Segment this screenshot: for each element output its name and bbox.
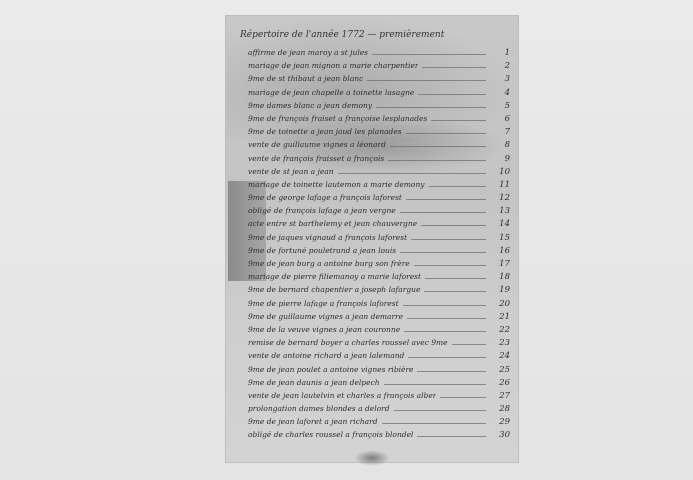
register-entry: 9me de jean poulet a antoine vignes ribi…: [248, 365, 510, 378]
entry-text: mariage de pierre filiemanoy a marie laf…: [248, 272, 421, 281]
manuscript-page: Répertoire de l'année 1772 — premièremen…: [226, 16, 518, 462]
register-entry: 9me dames blanc a jean demony5: [248, 101, 510, 114]
register-entry: vente de guillaume vignes a léonard8: [248, 140, 510, 153]
entry-text: 9me de guillaume vignes a jean demarre: [248, 312, 403, 321]
entry-text: mariage de jean chapelle a toinette lasa…: [248, 88, 414, 97]
entry-number: 15: [490, 233, 510, 243]
register-entry: 9me de bernard chapentier a joseph lafar…: [248, 285, 510, 298]
entry-number: 12: [490, 193, 510, 203]
entry-text: 9me dames blanc a jean demony: [248, 101, 372, 110]
entry-number: 30: [490, 430, 510, 440]
register-entry: mariage de jean mignon a marie charpenti…: [248, 61, 510, 74]
leader-line: [421, 225, 486, 226]
entry-number: 11: [490, 180, 510, 190]
entry-text: obligé de charles roussel a françois blo…: [248, 430, 413, 439]
leader-line: [376, 107, 486, 108]
entry-text: 9me de fortuné pouletrand a jean louis: [248, 246, 396, 255]
entry-number: 21: [490, 312, 510, 322]
register-entry: 9me de st thibaut a jean blanc3: [248, 74, 510, 87]
entry-text: 9me de toinette a jean jaud les planades: [248, 127, 402, 136]
leader-line: [403, 305, 486, 306]
register-entry: vente de st jean a jean10: [248, 167, 510, 180]
entry-number: 7: [490, 127, 510, 137]
register-entry: obligé de charles roussel a françois blo…: [248, 430, 510, 443]
entry-number: 24: [490, 351, 510, 361]
leader-line: [367, 80, 486, 81]
leader-line: [411, 239, 486, 240]
entry-number: 25: [490, 365, 510, 375]
entry-text: vente de françois fraisset a françois: [248, 154, 384, 163]
leader-line: [424, 291, 486, 292]
register-entry: mariage de toinette lautemon a marie dem…: [248, 180, 510, 193]
register-entry: 9me de george lafage a françois laforest…: [248, 193, 510, 206]
register-entry: affirme de jean maroy a st jules1: [248, 48, 510, 61]
register-entry: 9me de françois fraiset a françoise lesp…: [248, 114, 510, 127]
register-entry: 9me de jean burg a antoine burg son frèr…: [248, 259, 510, 272]
entry-number: 17: [490, 259, 510, 269]
entry-number: 10: [490, 167, 510, 177]
leader-line: [338, 173, 486, 174]
leader-line: [394, 410, 486, 411]
entry-number: 14: [490, 219, 510, 229]
register-entry: obligé de françois lafage a jean vergne1…: [248, 206, 510, 219]
register-entry: 9me de jean daunis a jean delpech26: [248, 378, 510, 391]
entry-text: obligé de françois lafage a jean vergne: [248, 206, 396, 215]
leader-line: [425, 278, 486, 279]
register-heading: Répertoire de l'année 1772 — premièremen…: [240, 30, 444, 40]
entry-text: 9me de pierre lafage a françois laforest: [248, 299, 399, 308]
leader-line: [431, 120, 486, 121]
entry-text: mariage de toinette lautemon a marie dem…: [248, 180, 425, 189]
register-entry: acte entre st barthelemy et jean chauver…: [248, 219, 510, 232]
leader-line: [418, 94, 486, 95]
register-entry: vente de françois fraisset a françois9: [248, 154, 510, 167]
entry-number: 5: [490, 101, 510, 111]
entry-text: 9me de jean laforet a jean richard: [248, 417, 378, 426]
register-entry: 9me de jaques vignaud a françois lafores…: [248, 233, 510, 246]
entry-number: 6: [490, 114, 510, 124]
register-entry: vente de jean lautelvin et charles a fra…: [248, 391, 510, 404]
register-entry: 9me de jean laforet a jean richard29: [248, 417, 510, 430]
entry-number: 29: [490, 417, 510, 427]
register-entry: mariage de pierre filiemanoy a marie laf…: [248, 272, 510, 285]
register-entry: 9me de pierre lafage a françois laforest…: [248, 299, 510, 312]
register-entry: 9me de la veuve vignes a jean couronne22: [248, 325, 510, 338]
leader-line: [408, 357, 486, 358]
entry-number: 23: [490, 338, 510, 348]
entry-number: 1: [490, 48, 510, 58]
entry-text: 9me de la veuve vignes a jean couronne: [248, 325, 400, 334]
leader-line: [417, 371, 486, 372]
entry-number: 19: [490, 285, 510, 295]
leader-line: [429, 186, 486, 187]
leader-line: [452, 344, 486, 345]
entry-text: vente de jean lautelvin et charles a fra…: [248, 391, 436, 400]
entry-number: 8: [490, 140, 510, 150]
leader-line: [407, 318, 486, 319]
entry-number: 4: [490, 88, 510, 98]
entry-number: 28: [490, 404, 510, 414]
leader-line: [417, 436, 486, 437]
entry-number: 3: [490, 74, 510, 84]
ink-blot: [354, 450, 390, 466]
entry-number: 9: [490, 154, 510, 164]
entry-text: 9me de jean poulet a antoine vignes ribi…: [248, 365, 413, 374]
entry-text: vente de guillaume vignes a léonard: [248, 140, 386, 149]
entry-text: affirme de jean maroy a st jules: [248, 48, 368, 57]
entry-text: prolongation dames blondes a delord: [248, 404, 390, 413]
register-entry: mariage de jean chapelle a toinette lasa…: [248, 88, 510, 101]
register-entry: 9me de toinette a jean jaud les planades…: [248, 127, 510, 140]
entry-text: 9me de jean burg a antoine burg son frèr…: [248, 259, 410, 268]
register-entry: remise de bernard boyer a charles rousse…: [248, 338, 510, 351]
leader-line: [400, 252, 486, 253]
leader-line: [414, 265, 486, 266]
entry-text: vente de antoine richard a jean lalemand: [248, 351, 404, 360]
entry-text: 9me de jean daunis a jean delpech: [248, 378, 380, 387]
entry-text: 9me de george lafage a françois laforest: [248, 193, 402, 202]
entry-number: 2: [490, 61, 510, 71]
entry-number: 22: [490, 325, 510, 335]
entry-number: 16: [490, 246, 510, 256]
entry-text: remise de bernard boyer a charles rousse…: [248, 338, 448, 347]
leader-line: [400, 212, 486, 213]
leader-line: [440, 397, 486, 398]
register-entry: 9me de guillaume vignes a jean demarre21: [248, 312, 510, 325]
register-entry: vente de antoine richard a jean lalemand…: [248, 351, 510, 364]
entry-text: 9me de bernard chapentier a joseph lafar…: [248, 285, 420, 294]
entry-text: 9me de jaques vignaud a françois lafores…: [248, 233, 407, 242]
entry-number: 13: [490, 206, 510, 216]
leader-line: [372, 54, 486, 55]
register-entry: prolongation dames blondes a delord28: [248, 404, 510, 417]
leader-line: [390, 146, 486, 147]
entry-text: 9me de françois fraiset a françoise lesp…: [248, 114, 427, 123]
entry-number: 27: [490, 391, 510, 401]
register-entries: affirme de jean maroy a st jules1 mariag…: [248, 48, 510, 444]
entry-text: vente de st jean a jean: [248, 167, 334, 176]
entry-text: 9me de st thibaut a jean blanc: [248, 74, 363, 83]
entry-number: 18: [490, 272, 510, 282]
leader-line: [406, 199, 486, 200]
leader-line: [406, 133, 486, 134]
leader-line: [422, 67, 486, 68]
register-entry: 9me de fortuné pouletrand a jean louis16: [248, 246, 510, 259]
leader-line: [384, 384, 486, 385]
leader-line: [388, 160, 486, 161]
leader-line: [404, 331, 486, 332]
leader-line: [382, 423, 486, 424]
entry-text: mariage de jean mignon a marie charpenti…: [248, 61, 418, 70]
entry-number: 20: [490, 299, 510, 309]
entry-number: 26: [490, 378, 510, 388]
entry-text: acte entre st barthelemy et jean chauver…: [248, 219, 417, 228]
